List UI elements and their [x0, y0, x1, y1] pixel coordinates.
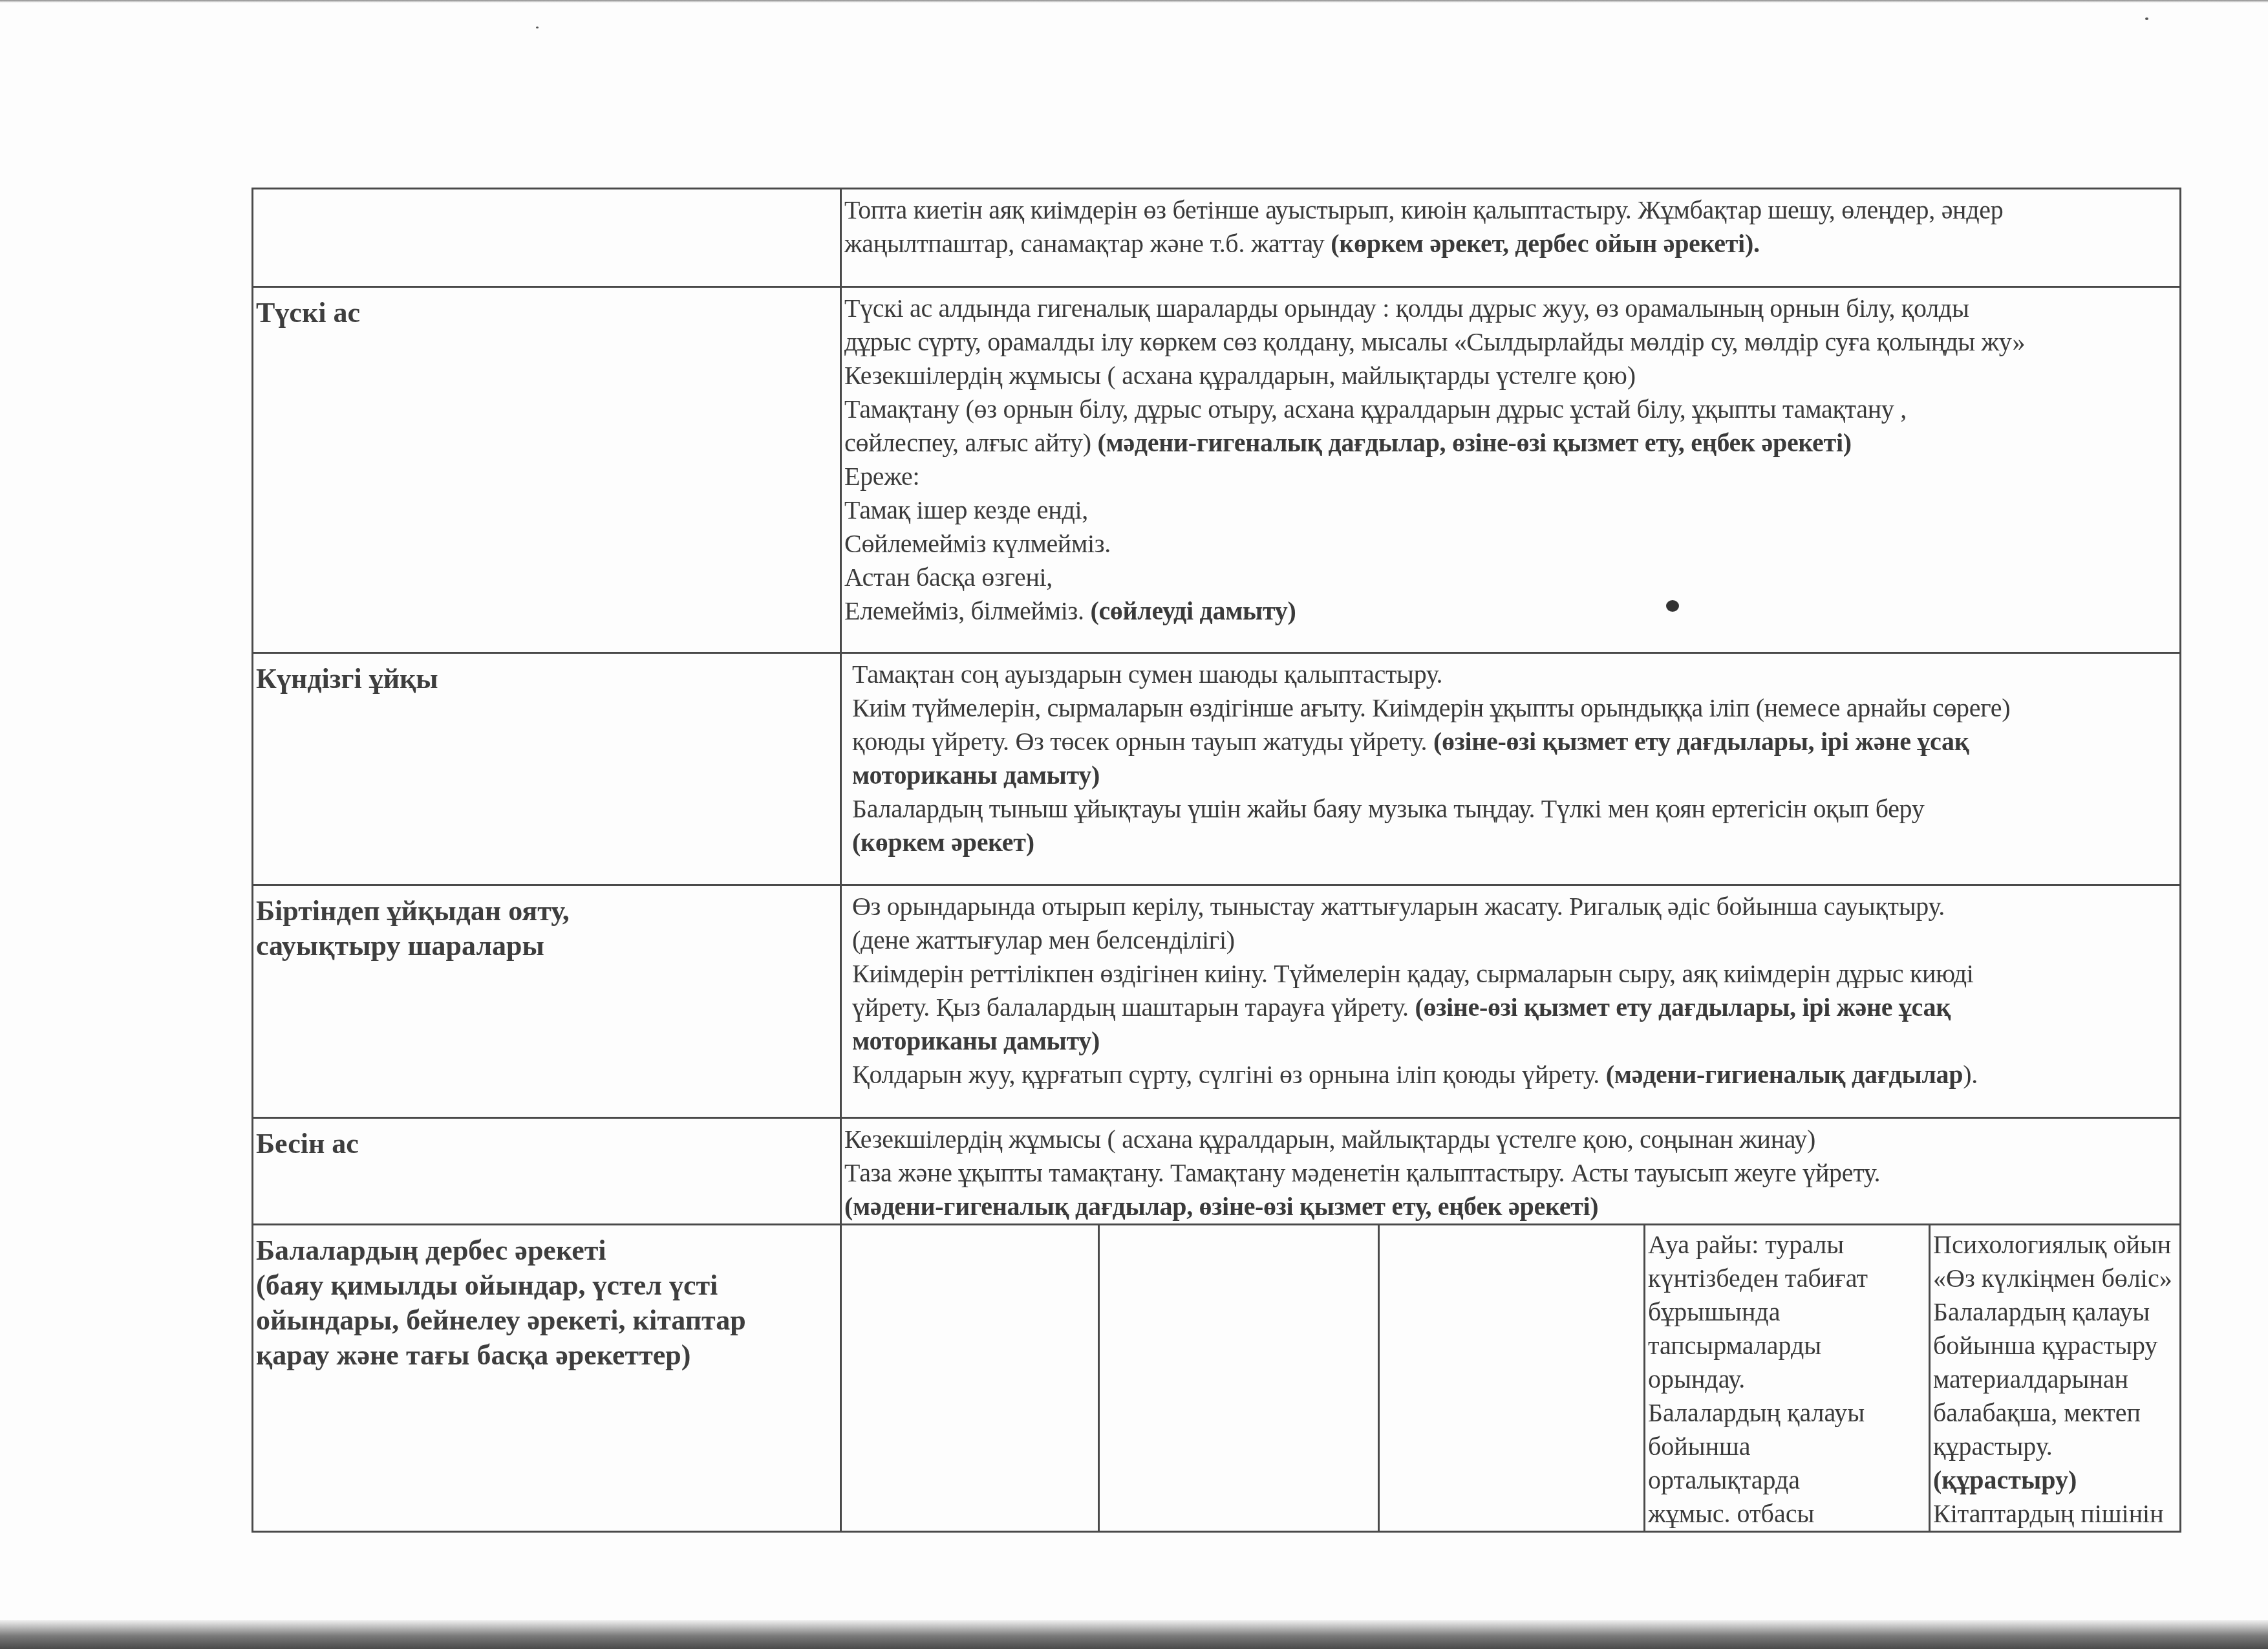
row-label-wakeup: Біртіндеп ұйқыдан ояту,сауықтыру шаралар… [253, 885, 841, 1118]
text-line: орталықтарда [1648, 1463, 1929, 1497]
text-line: Өз орындарында отырып керілу, тыныстау ж… [852, 890, 2179, 923]
text-line: Балалардың қалауы [1648, 1396, 1929, 1430]
row-label-lunch: Түскі ас [253, 287, 841, 653]
text-line: Тамақтану (өз орнын білу, дұрыс отыру, а… [844, 393, 2179, 426]
text-line: бойынша [1648, 1430, 1929, 1463]
text-line: Ереже: [844, 460, 2179, 493]
text-line: Қолдарын жуу, құрғатып сүрту, сүлгіні өз… [852, 1058, 2179, 1092]
text-line: сөйлеспеу, алғыс айту) (мәдени-гигеналық… [844, 426, 2179, 460]
text-line: материалдарынан [1933, 1363, 2179, 1396]
table-row: Түскі ас Түскі ас алдында гигеналық шара… [253, 287, 2181, 653]
text-line: Кезекшілердің жұмысы ( асхана құралдарын… [844, 1123, 2179, 1156]
text-line: моториканы дамыту) [852, 1024, 2179, 1058]
table-row: Балалардың дербес әрекеті(баяу қимылды о… [253, 1225, 2181, 1532]
row-content-wakeup: Өз орындарында отырып керілу, тыныстау ж… [841, 885, 2181, 1118]
text-line: Балалардың тыныш ұйықтауы үшін жайы баяу… [852, 792, 2179, 826]
row-content: Топта киетін аяқ киімдерін өз бетінше ау… [841, 189, 2181, 287]
text-line: жұмыс. отбасы [1648, 1497, 1929, 1531]
row-label [253, 189, 841, 287]
text-line: (мәдени-гигеналық дағдылар, өзіне-өзі қы… [844, 1190, 2179, 1223]
table-row: Күндізгі ұйқы Тамақтан соң ауыздарын сум… [253, 653, 2181, 885]
text-line: бойынша құрастыру [1933, 1329, 2179, 1363]
day-column-3 [1378, 1225, 1643, 1531]
label-line: ойындары, бейнелеу әрекеті, кітаптар [256, 1303, 840, 1338]
text-line: Астан басқа өзгені, [844, 561, 2179, 594]
text-line: Түскі ас алдында гигеналық шараларды оры… [844, 292, 2179, 325]
text-line: Тамақтан соң ауыздарын сумен шаюды қалып… [852, 658, 2179, 691]
label-line: сауықтыру шаралары [256, 929, 840, 964]
text-line: жаңылтпаштар, санамақтар және т.б. жатта… [844, 227, 2179, 261]
text-line: Балалардың қалауы [1933, 1295, 2179, 1329]
label-line: (баяу қимылды ойындар, үстел үсті [256, 1268, 840, 1303]
text-line: күнтізбеден табиғат [1648, 1262, 1929, 1295]
text-line: қоюды үйрету. Өз төсек орнын тауып жатуд… [852, 725, 2179, 759]
row-label-independent-activity: Балалардың дербес әрекеті(баяу қимылды о… [253, 1225, 841, 1532]
row-content-independent-activity: Ауа райы: туралыкүнтізбеден табиғатбұрыш… [841, 1225, 2181, 1532]
row-content-snack: Кезекшілердің жұмысы ( асхана құралдарын… [841, 1118, 2181, 1225]
row-content-nap: Тамақтан соң ауыздарын сумен шаюды қалып… [841, 653, 2181, 885]
day-column-1 [842, 1225, 1098, 1531]
text-line: Кітаптардың пішінін [1933, 1497, 2179, 1531]
text-line: орындау. [1648, 1363, 1929, 1396]
text-line: бұрышында [1648, 1295, 1929, 1329]
text-line: Ауа райы: туралы [1648, 1228, 1929, 1262]
text-line: «Өз күлкіңмен бөліс» [1933, 1262, 2179, 1295]
day-column-4: Ауа райы: туралыкүнтізбеден табиғатбұрыш… [1643, 1225, 1929, 1531]
text-line: (көркем әрекет) [852, 826, 2179, 859]
row-label-nap: Күндізгі ұйқы [253, 653, 841, 885]
table-row: Біртіндеп ұйқыдан ояту,сауықтыру шаралар… [253, 885, 2181, 1118]
scan-speck [536, 27, 539, 28]
text-line: Елемейміз, білмейміз. (сөйлеуді дамыту) [844, 594, 2179, 628]
day-column-5: Психологиялық ойын«Өз күлкіңмен бөліс»Ба… [1929, 1225, 2179, 1531]
label-line: Біртіндеп ұйқыдан ояту, [256, 894, 840, 929]
text-line: Сөйлемейміз күлмейміз. [844, 527, 2179, 561]
text-line: тапсырмаларды [1648, 1329, 1929, 1363]
text-line: моториканы дамыту) [852, 759, 2179, 792]
text-line: Топта киетін аяқ киімдерін өз бетінше ау… [844, 193, 2179, 227]
text-line: Тамақ ішер кезде енді, [844, 493, 2179, 527]
table-row: Топта киетін аяқ киімдерін өз бетінше ау… [253, 189, 2181, 287]
label-line: Балалардың дербес әрекеті [256, 1233, 840, 1268]
row-label-snack: Бесін ас [253, 1118, 841, 1225]
scan-edge-top [0, 0, 2268, 3]
text-line: дұрыс сүрту, орамалды ілу көркем сөз қол… [844, 325, 2179, 359]
text-line: Киімдерін реттілікпен өздігінен киіну. Т… [852, 957, 2179, 991]
text-line: Киім түймелерін, сырмаларын өздігінше ағ… [852, 691, 2179, 725]
text-line: (құрастыру) [1933, 1463, 2179, 1497]
text-line: (дене жаттығулар мен белсенділігі) [852, 923, 2179, 957]
label-line: қарау және тағы басқа әрекеттер) [256, 1338, 840, 1373]
daily-schedule-table: Топта киетін аяқ киімдерін өз бетінше ау… [251, 188, 2181, 1533]
text-line: үйрету. Қыз балалардың шаштарын тарауға … [852, 991, 2179, 1024]
row-content-lunch: Түскі ас алдында гигеналық шараларды оры… [841, 287, 2181, 653]
text-line: құрастыру. [1933, 1430, 2179, 1463]
text-line: Психологиялық ойын [1933, 1228, 2179, 1262]
day-column-2 [1098, 1225, 1378, 1531]
table-row: Бесін ас Кезекшілердің жұмысы ( асхана қ… [253, 1118, 2181, 1225]
day-columns: Ауа райы: туралыкүнтізбеден табиғатбұрыш… [842, 1225, 2179, 1531]
scan-speck [2145, 17, 2148, 20]
text-line: Кезекшілердің жұмысы ( асхана құралдарын… [844, 359, 2179, 393]
text-line: Таза және ұқыпты тамақтану. Тамақтану мә… [844, 1156, 2179, 1190]
scan-edge-bottom [0, 1620, 2268, 1649]
text-line: балабақша, мектеп [1933, 1396, 2179, 1430]
